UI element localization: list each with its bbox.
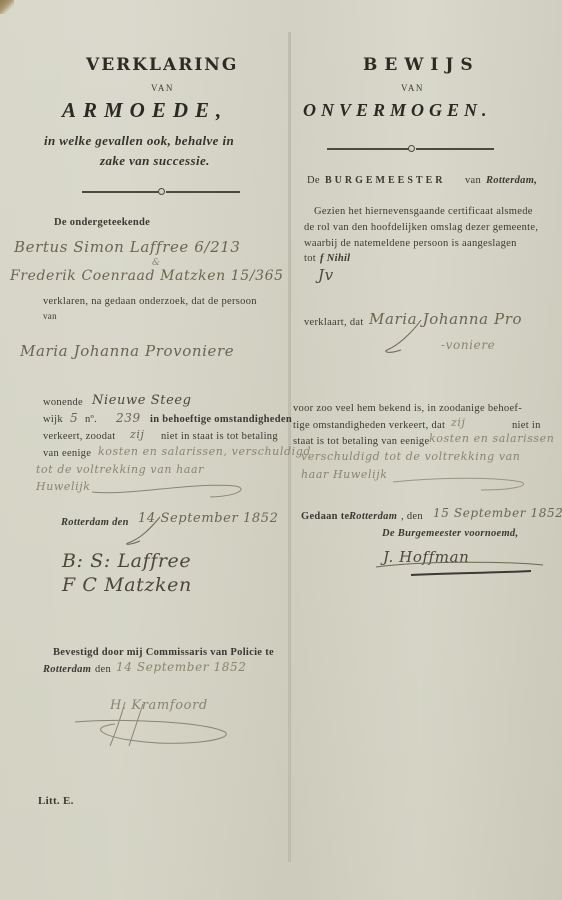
van-text: van <box>43 311 57 321</box>
mayor-title: BURGEMEESTER <box>325 175 445 186</box>
right-costs-line2: verschuldigd tot de voltrekking van <box>301 450 521 463</box>
document-paper: VERKLARING VAN ARMOEDE, in welke gevalle… <box>0 0 562 900</box>
confirm-line1: Bevestigd door mij Commissaris van Polic… <box>53 647 274 658</box>
undersigned-label: De ondergeteekende <box>54 217 150 228</box>
right-rule-ornament <box>408 145 415 152</box>
confirm-place: Rotterdam <box>43 664 91 675</box>
declare-text: verklaren, na gedaan onderzoek, dat de p… <box>43 296 257 307</box>
residing-value: Nieuwe Steeg <box>92 393 192 408</box>
place-date-label: Rotterdam den <box>61 517 129 528</box>
needy-text: in behoeftige omstandigheden <box>150 414 292 425</box>
assessed-value: f Nihil <box>320 253 350 264</box>
litt-label: Litt. E. <box>38 795 74 807</box>
commissaris-flourish <box>65 700 245 750</box>
left-subtitle-line2: zake van successie. <box>100 153 210 169</box>
pronoun-value: zij <box>130 428 145 441</box>
mayor-city: Rotterdam, <box>486 175 537 186</box>
costs-flourish <box>90 478 250 500</box>
mayor-signature-flourish <box>371 555 551 580</box>
no-label: nº. <box>85 414 97 425</box>
right-rule-b <box>416 148 494 150</box>
right-title: BEWIJS <box>363 55 480 75</box>
known-line2-prefix: tige omstandigheden verkeert, dat <box>293 420 445 431</box>
not-able-text: niet in staat is tot betaling <box>161 431 278 442</box>
declares-label: verklaart, dat <box>304 317 364 328</box>
mayor-signoff: De Burgemeester voornoemd, <box>382 528 518 539</box>
done-den: , den <box>401 511 423 522</box>
initials-mark: Jv <box>318 266 334 284</box>
seen-line1: Gezien het hiernevensgaande certificaat … <box>314 206 533 217</box>
confirm-den: den <box>95 664 111 675</box>
assessed-prefix: tot <box>304 253 316 264</box>
verkeert-text: verkeert, zoodat <box>43 431 115 442</box>
left-rule-b <box>166 191 240 193</box>
known-line2-suffix: niet in <box>512 420 541 431</box>
right-costs-line3: haar Huwelijk <box>301 468 387 481</box>
right-costs-flourish <box>391 474 541 494</box>
wijk-label: wijk <box>43 414 63 425</box>
done-date: 15 September 1852. <box>433 506 562 520</box>
known-line1: voor zoo veel hem bekend is, in zoodanig… <box>293 403 522 414</box>
person-name: Maria Johanna Provoniere <box>20 342 234 360</box>
residing-label: wonende <box>43 397 83 408</box>
left-rule-a <box>82 191 160 193</box>
signature-2: F C Matzken <box>62 574 192 596</box>
person-name-2: -voniere <box>441 338 495 352</box>
date-flourish <box>120 515 180 547</box>
signatory-1: Bertus Simon Laffree 6/213 <box>14 238 241 256</box>
costs-line1: kosten en salarissen, verschuldigd <box>98 445 311 458</box>
done-place: Rotterdam <box>349 511 397 522</box>
costs-line3: Huwelijk <box>36 480 91 493</box>
left-subtitle-line1: in welke gevallen ook, behalve in <box>44 133 234 149</box>
seen-line2: de rol van den hoofdelijken omslag dezer… <box>304 222 538 233</box>
mayor-line-prefix: De <box>307 175 320 186</box>
right-van: VAN <box>401 83 424 93</box>
right-subject: ONVERMOGEN. <box>303 100 492 121</box>
paper-corner-stain <box>0 0 14 14</box>
left-title: VERKLARING <box>86 55 238 75</box>
van-eenige-label: van eenige <box>43 448 91 459</box>
seen-line3: waarbij de natemeldene persoon is aanges… <box>304 238 517 249</box>
left-van: VAN <box>151 83 174 93</box>
right-costs-line1: kosten en salarissen <box>429 432 554 445</box>
and-mark: & <box>152 258 161 268</box>
known-line3-prefix: staat is tot betaling van eenige <box>293 436 429 447</box>
mayor-line-van: van <box>465 175 481 186</box>
right-rule-a <box>327 148 409 150</box>
signature-1: B: S: Laffree <box>62 550 191 572</box>
done-label: Gedaan te <box>301 511 350 522</box>
costs-line2: tot de voltrekking van haar <box>36 463 204 476</box>
wijk-value: 5 <box>70 411 78 425</box>
no-value: 239 <box>116 411 141 425</box>
known-pronoun: zij <box>451 416 466 429</box>
signatory-2: Frederik Coenraad Matzken 15/365 <box>10 268 284 284</box>
name-flourish <box>381 318 431 356</box>
left-rule-ornament <box>158 188 165 195</box>
left-subject: ARMOEDE, <box>62 98 228 123</box>
confirm-date: 14 September 1852 <box>116 660 246 674</box>
